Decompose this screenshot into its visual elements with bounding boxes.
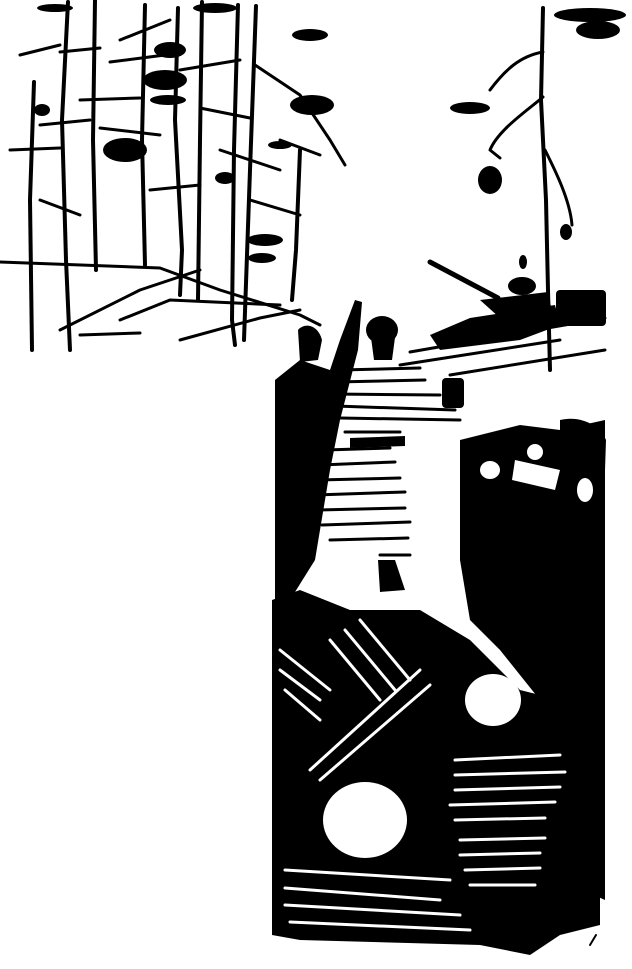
crowd-scene — [272, 300, 606, 955]
tank-scene — [400, 255, 606, 375]
ink-illustration — [0, 0, 632, 969]
forest-scene — [0, 0, 345, 350]
